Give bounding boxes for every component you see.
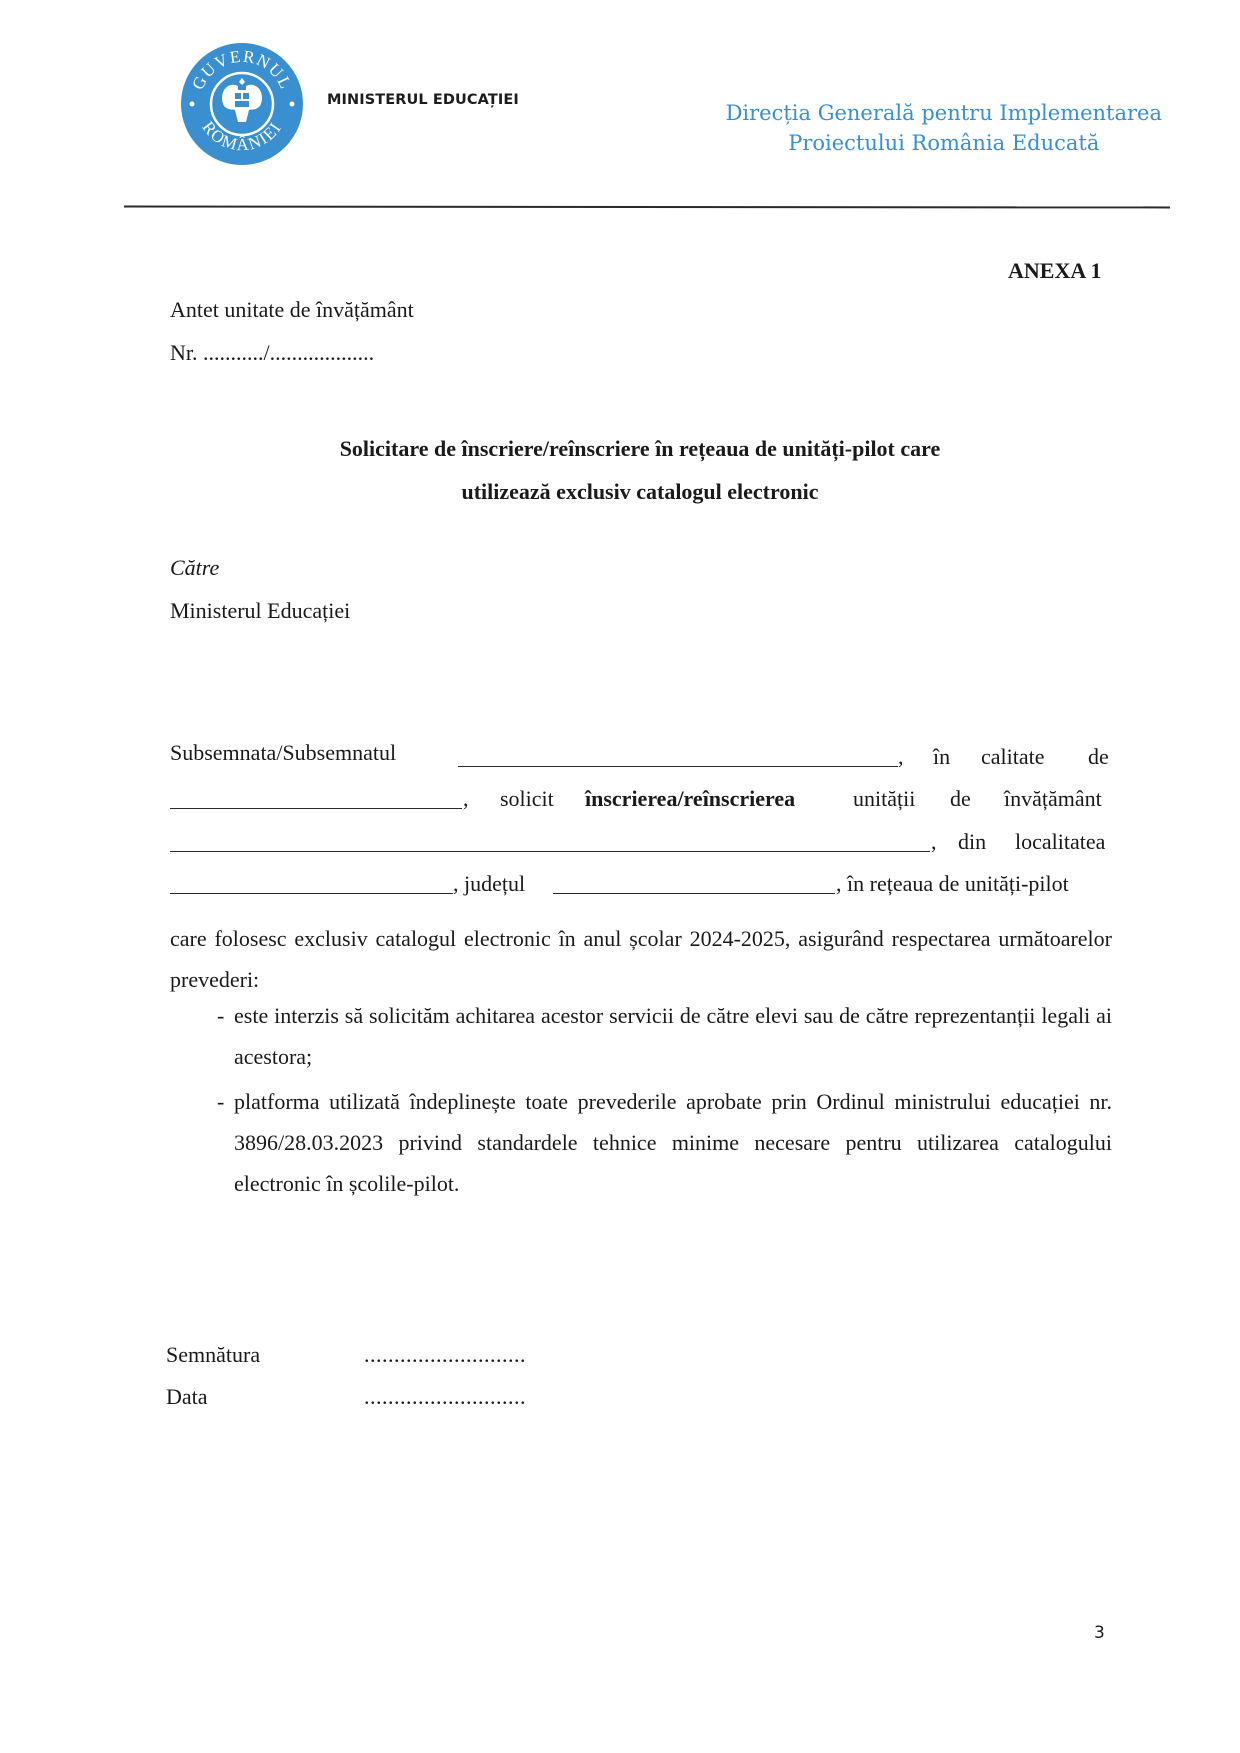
undersigned-label: Subsemnata/Subsemnatul [170,740,396,766]
registration-number-field[interactable]: Nr. .........../................... [170,340,374,366]
county-field[interactable] [553,893,835,894]
request-continuation: care folosesc exclusiv catalogul electro… [170,918,1112,1000]
word: solicit [500,786,554,812]
comma: , [931,829,937,855]
provision-item: - platforma utilizată îndeplinește toate… [217,1081,1112,1204]
comma: , [898,744,904,770]
signature-field[interactable]: ........................... [364,1342,526,1368]
enrollment-term: înscrierea/reînscrierea [585,786,795,812]
date-label: Data [166,1384,208,1410]
capacity-field[interactable] [170,808,462,809]
county-label: , județul [453,871,525,897]
date-field[interactable]: ........................... [364,1384,526,1410]
addressee-name: Ministerul Educației [170,598,350,624]
word: localitatea [1015,829,1105,855]
word: de [950,786,971,812]
dash-bullet-icon: - [217,1081,224,1122]
page-number: 3 [1094,1623,1105,1643]
word: învățământ [1004,786,1102,812]
directorate-line-2: Proiectului România Educată [726,128,1162,158]
name-field[interactable] [458,766,898,767]
word: unității [853,786,915,812]
word: de [1088,744,1109,770]
directorate-name: Direcția Generală pentru Implementarea P… [726,98,1162,158]
government-seal-icon: GUVERNUL ROMÂNIEI [180,42,304,166]
document-title: Solicitare de înscriere/reînscriere în r… [180,427,1100,513]
dash-bullet-icon: - [217,995,224,1036]
network-phrase: , în rețeaua de unități-pilot [836,871,1069,897]
title-line-2: utilizează exclusiv catalogul electronic [180,470,1100,513]
title-line-1: Solicitare de înscriere/reînscriere în r… [180,427,1100,470]
provision-item: - este interzis să solicităm achitarea a… [217,995,1112,1077]
word: în [933,744,950,770]
addressee-label: Către [170,555,219,581]
provision-text: este interzis să solicităm achitarea ace… [217,995,1112,1077]
word: din [958,829,986,855]
ministry-name: MINISTERUL EDUCAȚIEI [327,92,519,108]
locality-field[interactable] [170,893,453,894]
directorate-line-1: Direcția Generală pentru Implementarea [726,98,1162,128]
provision-text: platforma utilizată îndeplinește toate p… [217,1081,1112,1204]
header-divider [124,206,1170,209]
annex-label: ANEXA 1 [1008,258,1102,284]
comma: , [463,786,469,812]
school-name-field[interactable] [170,851,930,852]
signature-label: Semnătura [166,1342,260,1368]
continuation-text: care folosesc exclusiv catalogul electro… [170,926,1112,992]
school-letterhead-label: Antet unitate de învățământ [170,297,414,323]
word: calitate [981,744,1045,770]
